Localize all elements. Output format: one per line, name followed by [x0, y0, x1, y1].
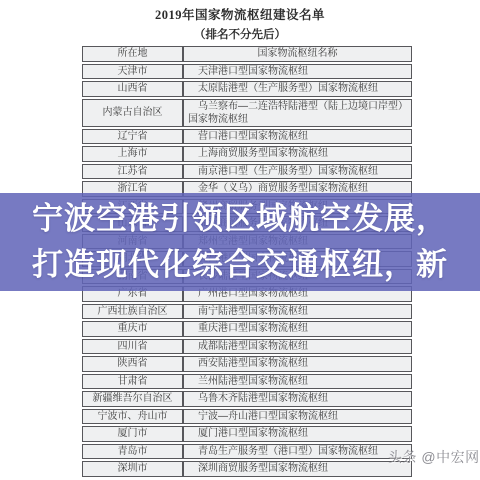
table-row: 深圳市深圳商贸服务型国家物流枢纽 [82, 461, 412, 477]
hub-name-cell: 营口港口型国家物流枢纽 [183, 129, 412, 145]
location-cell: 宁波市、舟山市 [82, 409, 183, 425]
location-cell: 天津市 [82, 64, 183, 80]
location-cell: 上海市 [82, 146, 183, 162]
table-row: 广西壮族自治区南宁陆港型国家物流枢纽 [82, 304, 412, 320]
hub-name-cell: 西安陆港型国家物流枢纽 [183, 356, 412, 372]
table-row: 上海市上海商贸服务型国家物流枢纽 [82, 146, 412, 162]
table-row: 内蒙古自治区乌兰察布—二连浩特陆港型（陆上边境口岸型）国家物流枢纽 [82, 99, 412, 127]
location-cell: 广西壮族自治区 [82, 304, 183, 320]
table-row: 天津市天津港口型国家物流枢纽 [82, 64, 412, 80]
hub-name-cell: 南京港口型（生产服务型）国家物流枢纽 [183, 164, 412, 180]
table-row: 江苏省南京港口型（生产服务型）国家物流枢纽 [82, 164, 412, 180]
table-row: 青岛市青岛生产服务型（港口型）国家物流枢纽 [82, 444, 412, 460]
table-row: 四川省成都陆港型国家物流枢纽 [82, 339, 412, 355]
hub-name-cell: 乌鲁木齐陆港型国家物流枢纽 [183, 391, 412, 407]
doc-subtitle: （排名不分先后） [0, 26, 480, 42]
hub-name-cell: 青岛生产服务型（港口型）国家物流枢纽 [183, 444, 412, 460]
location-cell: 陕西省 [82, 356, 183, 372]
header-hub-name: 国家物流枢纽名称 [183, 46, 412, 62]
table-row: 宁波市、舟山市宁波—舟山港口型国家物流枢纽 [82, 409, 412, 425]
hub-name-cell: 重庆港口型国家物流枢纽 [183, 321, 412, 337]
location-cell: 青岛市 [82, 444, 183, 460]
hub-name-cell: 上海商贸服务型国家物流枢纽 [183, 146, 412, 162]
hub-name-cell: 成都陆港型国家物流枢纽 [183, 339, 412, 355]
location-cell: 辽宁省 [82, 129, 183, 145]
hub-name-cell: 天津港口型国家物流枢纽 [183, 64, 412, 80]
hub-name-cell: 深圳商贸服务型国家物流枢纽 [183, 461, 412, 477]
hub-name-cell: 太原陆港型（生产服务型）国家物流枢纽 [183, 81, 412, 97]
table-row: 重庆市重庆港口型国家物流枢纽 [82, 321, 412, 337]
table-row: 甘肃省兰州陆港型国家物流枢纽 [82, 374, 412, 390]
headline-line-2: 打造现代化综合交通枢纽，新 [0, 242, 480, 288]
table-row: 新疆维吾尔自治区乌鲁木齐陆港型国家物流枢纽 [82, 391, 412, 407]
hub-name-cell: 厦门港口型国家物流枢纽 [183, 426, 412, 442]
hub-name-cell: 南宁陆港型国家物流枢纽 [183, 304, 412, 320]
table-row: 厦门市厦门港口型国家物流枢纽 [82, 426, 412, 442]
doc-title: 2019年国家物流枢纽建设名单 [0, 5, 480, 23]
hub-name-cell: 兰州陆港型国家物流枢纽 [183, 374, 412, 390]
location-cell: 四川省 [82, 339, 183, 355]
table-row: 辽宁省营口港口型国家物流枢纽 [82, 129, 412, 145]
location-cell: 江苏省 [82, 164, 183, 180]
location-cell: 深圳市 [82, 461, 183, 477]
location-cell: 新疆维吾尔自治区 [82, 391, 183, 407]
location-cell: 山西省 [82, 81, 183, 97]
table-header-row: 所在地 国家物流枢纽名称 [82, 46, 412, 62]
location-cell: 重庆市 [82, 321, 183, 337]
location-cell: 厦门市 [82, 426, 183, 442]
headline-banner: 宁波空港引领区域航空发展， 打造现代化综合交通枢纽，新 [0, 193, 480, 291]
location-cell: 内蒙古自治区 [82, 99, 183, 127]
header-location: 所在地 [82, 46, 183, 62]
location-cell: 甘肃省 [82, 374, 183, 390]
watermark: 头条 @中宏网河 [388, 447, 480, 467]
hub-name-cell: 宁波—舟山港口型国家物流枢纽 [183, 409, 412, 425]
hub-name-cell: 乌兰察布—二连浩特陆港型（陆上边境口岸型）国家物流枢纽 [183, 99, 412, 127]
table-row: 山西省太原陆港型（生产服务型）国家物流枢纽 [82, 81, 412, 97]
headline-line-1: 宁波空港引领区域航空发展， [0, 196, 480, 242]
table-row: 陕西省西安陆港型国家物流枢纽 [82, 356, 412, 372]
